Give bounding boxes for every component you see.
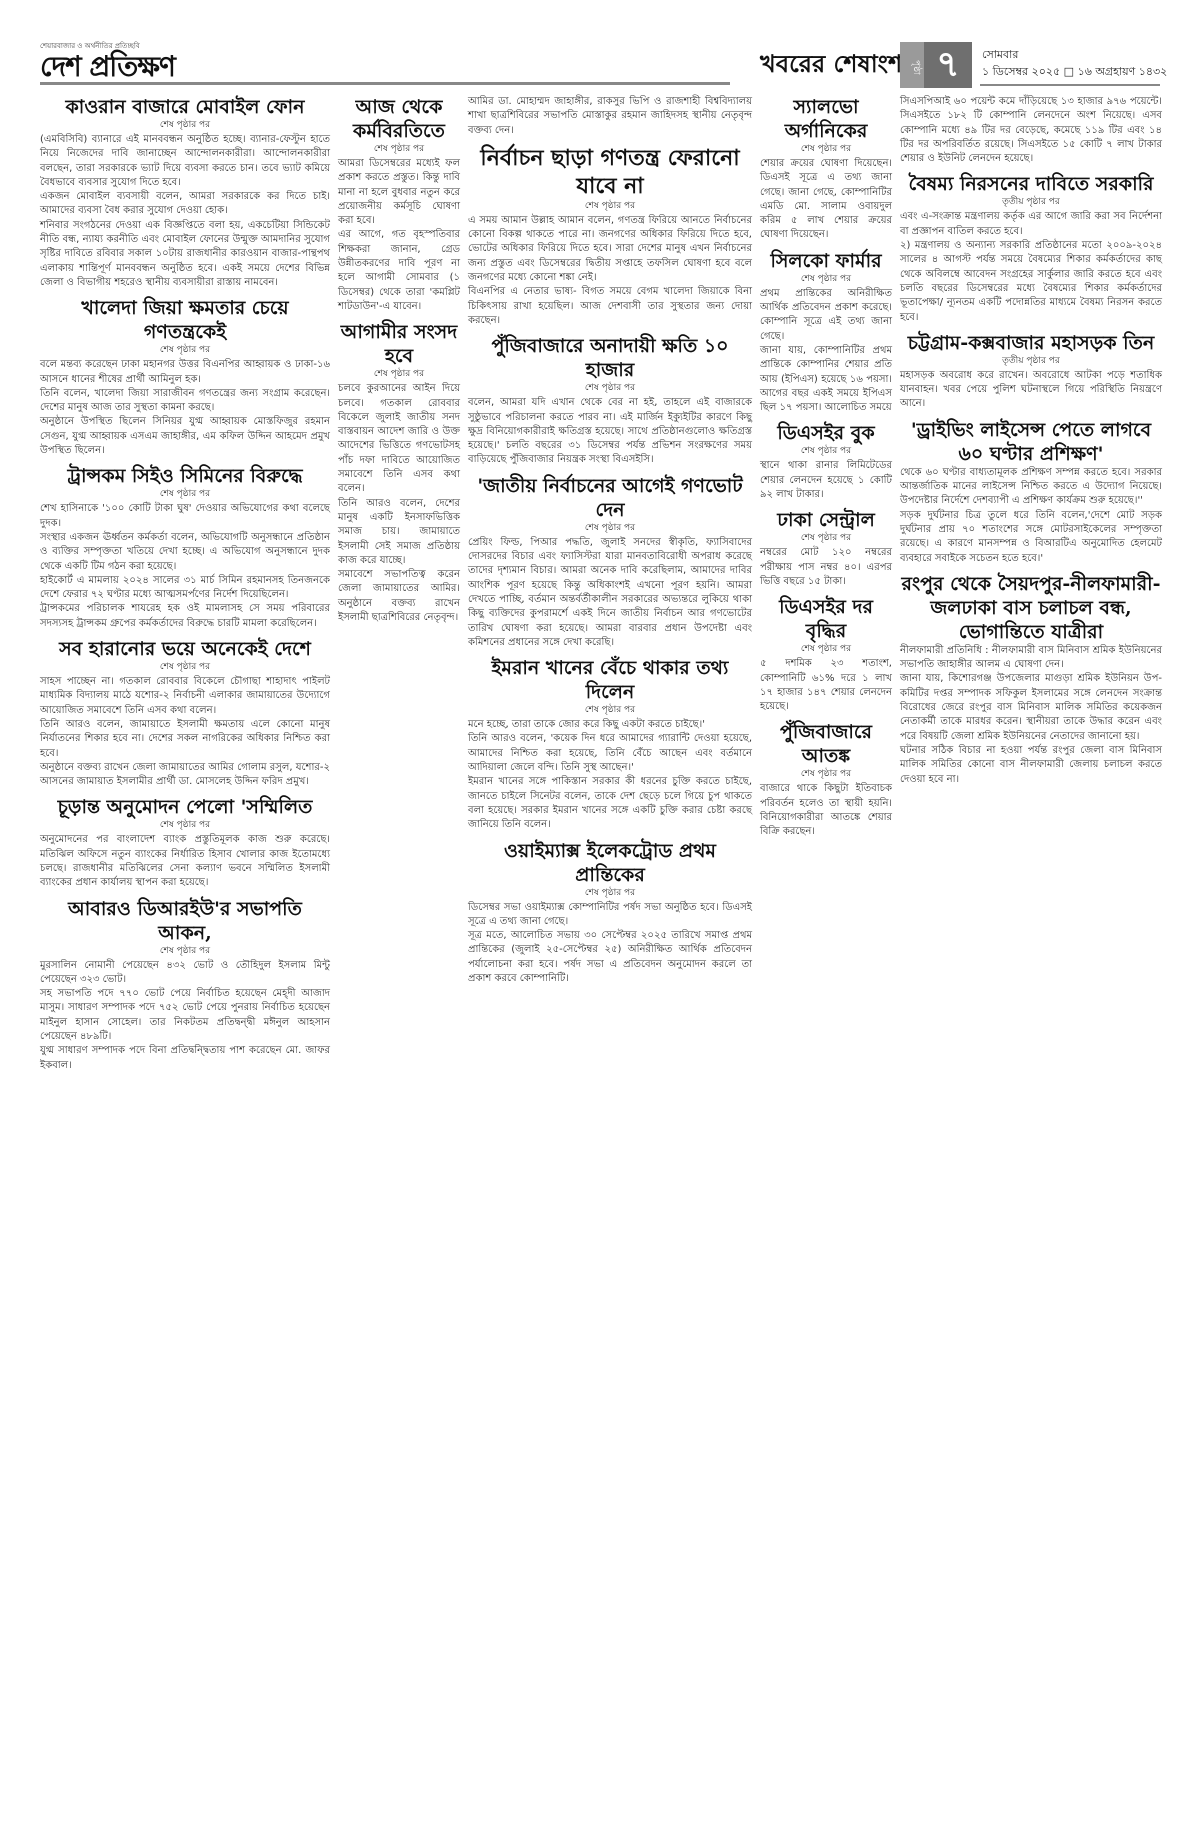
jump-line: শেষ পৃষ্ঠার পর: [760, 643, 892, 655]
jump-line: শেষ পৃষ্ঠার পর: [338, 143, 460, 155]
column-3: আমির ডা. মোহাম্মদ জাহাঙ্গীর, রাকসুর ভিপি…: [468, 95, 752, 992]
story-body: বলে মন্তব্য করেছেন ঢাকা মহানগর উত্তর বিএ…: [40, 358, 330, 458]
news-story[interactable]: ডিএসইর দর বৃদ্ধির শেষ পৃষ্ঠার পর ৫ দশমিক…: [760, 595, 892, 714]
column-4: স্যালভো অর্গানিকের শেষ পৃষ্ঠার পর শেয়ার…: [760, 95, 892, 846]
story-headline[interactable]: চূড়ান্ত অনুমোদন পেলো 'সম্মিলিত: [40, 795, 330, 819]
news-story[interactable]: খালেদা জিয়া ক্ষমতার চেয়ে গণতন্ত্রকেই শ…: [40, 296, 330, 458]
news-story[interactable]: ঢাকা সেন্ট্রাল শেষ পৃষ্ঠার পর নম্বরের মো…: [760, 508, 892, 589]
story-body: ডিসেম্বর সভা ওয়াইম্যাক্স কোম্পানিটির পর…: [468, 901, 752, 987]
jump-line: শেষ পৃষ্ঠার পর: [468, 704, 752, 716]
paragraph: বাজারে থাকে কিছুটা ইতিবাচক পরিবর্তন হলেও…: [760, 782, 892, 839]
story-body: ৫ দশমিক ২৩ শতাংশ, কোম্পানিটি ৬১% দরে ১ ল…: [760, 657, 892, 714]
day-of-week: সোমবার: [982, 46, 1167, 63]
story-headline[interactable]: ওয়াইম্যাক্স ইলেকট্রোড প্রথম প্রান্তিকের: [468, 839, 752, 887]
story-body: থেকে ৬০ ঘণ্টার বাধ্যতামূলক প্রশিক্ষণ সম্…: [900, 466, 1162, 566]
paragraph: অনুমোদনের পর বাংলাদেশ ব্যাংক প্রস্তুতিমূ…: [40, 833, 330, 890]
paragraph: মহাসড়ক অবরোধ করে রাখেন। অবরোধে আটকা পড়…: [900, 369, 1162, 412]
news-story[interactable]: পুঁজিবাজারে আতঙ্ক শেষ পৃষ্ঠার পর বাজারে …: [760, 720, 892, 839]
page-label: পৃষ্ঠা: [900, 42, 924, 88]
news-story[interactable]: রংপুর থেকে সৈয়দপুর-নীলফামারী-জলঢাকা বাস…: [900, 572, 1162, 787]
paragraph: এর আগে, গত বৃহস্পতিবার শিক্ষকরা জানান, গ…: [338, 228, 460, 314]
section-title: খবরের শেষাংশ: [760, 46, 902, 86]
story-headline[interactable]: আবারও ডিআরইউ'র সভাপতি আকন,: [40, 897, 330, 945]
story-body: আমরা ডিসেম্বরের মধ্যেই ফল প্রকাশ করতে প্…: [338, 157, 460, 314]
news-story[interactable]: ইমরান খানের বেঁচে থাকার তথ্য দিলেন শেষ প…: [468, 656, 752, 832]
paragraph: প্রেয়িং ফিল্ড, পিআর পদ্ধতি, জুলাই সনদের…: [468, 536, 752, 650]
paragraph: জানা যায়, কোম্পানিটির প্রথম প্রান্তিকে …: [760, 344, 892, 415]
story-headline[interactable]: ট্রান্সকম সিইও সিমিনের বিরুদ্ধে: [40, 464, 330, 488]
jump-line: শেষ পৃষ্ঠার পর: [760, 768, 892, 780]
paragraph: সূত্র মতে, আলোচিত সভায় ৩০ সেপ্টেম্বর ২০…: [468, 929, 752, 986]
newspaper-logo[interactable]: দেশ প্রতিক্ষণ: [40, 52, 175, 82]
story-body: নীলফামারী প্রতিনিধি : নীলফামারী বাস মিনি…: [900, 644, 1162, 787]
paragraph: স্থানে থাকা রানার লিমিটেডের শেয়ার লেনদে…: [760, 459, 892, 502]
story-headline[interactable]: 'জাতীয় নির্বাচনের আগেই গণভোট দেন: [468, 474, 752, 522]
story-body: প্রথম প্রান্তিকের অনিরীক্ষিত আর্থিক প্রত…: [760, 287, 892, 416]
paragraph: ২) মন্ত্রণালয় ও অন্যান্য সরকারি প্রতিষ্…: [900, 239, 1162, 325]
paragraph: ইমরান খানের সঙ্গে পাকিস্তান সরকার কী ধরন…: [468, 775, 752, 832]
column-1: কাওরান বাজারে মোবাইল ফোন শেষ পৃষ্ঠার পর …: [40, 95, 330, 1079]
paragraph: সংস্থার একজন ঊর্ধ্বতন কর্মকর্তা বলেন, অভ…: [40, 531, 330, 574]
news-story[interactable]: 'জাতীয় নির্বাচনের আগেই গণভোট দেন শেষ পৃ…: [468, 474, 752, 650]
paragraph: ঘটনার সঠিক বিচার না হওয়া পর্যন্ত রংপুর …: [900, 744, 1162, 787]
story-headline[interactable]: রংপুর থেকে সৈয়দপুর-নীলফামারী-জলঢাকা বাস…: [900, 572, 1162, 644]
story-body: নম্বরের মোট ১২০ নম্বরের পরীক্ষায় পাস নম…: [760, 546, 892, 589]
story-headline[interactable]: স্যালভো অর্গানিকের: [760, 95, 892, 143]
jump-line: শেষ পৃষ্ঠার পর: [760, 143, 892, 155]
paragraph: ট্রান্সকমের পরিচালক শাযরেহ হক ওই মামলাসহ…: [40, 602, 330, 631]
newspaper-brand: শেয়ারবাজার ও অর্থনীতির প্রতিচ্ছবি দেশ প…: [40, 40, 175, 82]
paragraph: হাইকোর্ট এ মামলায় ২০২৪ সালের ৩১ মার্চ স…: [40, 574, 330, 603]
paragraph: অনুষ্ঠানে বক্তব্য রাখেন জেলা জামায়াতের …: [40, 761, 330, 790]
paragraph: মুরসালিন নোমানী পেয়েছেন ৪৩২ ভোট ও তৌহিদ…: [40, 959, 330, 988]
story-body: প্রেয়িং ফিল্ড, পিআর পদ্ধতি, জুলাই সনদের…: [468, 536, 752, 650]
paragraph: যুগ্ম সাধারণ সম্পাদক পদে বিনা প্রতিদ্বন্…: [40, 1044, 330, 1073]
story-headline[interactable]: ঢাকা সেন্ট্রাল: [760, 508, 892, 532]
paragraph: তিনি আরও বলেন, দেশের মানুষ একটি ইনসাফভিত…: [338, 497, 460, 568]
jump-line: শেষ পৃষ্ঠার পর: [760, 445, 892, 457]
story-body: শেয়ার ক্রয়ের ঘোষণা দিয়েছেন। ডিএসই সূত…: [760, 157, 892, 243]
news-story[interactable]: বৈষম্য নিরসনের দাবিতে সরকারি তৃতীয় পৃষ্…: [900, 172, 1162, 324]
paragraph: এ সময় আমান উল্লাহ আমান বলেন, গণতন্ত্র ফ…: [468, 214, 752, 285]
dateline: সোমবার ১ ডিসেম্বর ২০২৫ □ ১৬ অগ্রহায়ণ ১৪…: [982, 46, 1167, 80]
page-number-box: পৃষ্ঠা ৭: [900, 42, 972, 88]
paragraph: বলে মন্তব্য করেছেন ঢাকা মহানগর উত্তর বিএ…: [40, 358, 330, 387]
news-story[interactable]: ট্রান্সকম সিইও সিমিনের বিরুদ্ধে শেষ পৃষ্…: [40, 464, 330, 631]
masthead: শেয়ারবাজার ও অর্থনীতির প্রতিচ্ছবি দেশ প…: [0, 0, 1200, 90]
jump-line: তৃতীয় পৃষ্ঠার পর: [900, 355, 1162, 367]
paragraph: নীলফামারী প্রতিনিধি : নীলফামারী বাস মিনি…: [900, 644, 1162, 673]
jump-line: শেষ পৃষ্ঠার পর: [760, 532, 892, 544]
jump-line: শেষ পৃষ্ঠার পর: [468, 200, 752, 212]
news-story[interactable]: নির্বাচন ছাড়া গণতন্ত্র ফেরানো যাবে না শ…: [468, 144, 752, 328]
paragraph: বিএনপির এ নেতার ভাষ্য- বিগত সময়ে বেগম খ…: [468, 285, 752, 328]
paragraph: থেকে ৬০ ঘণ্টার বাধ্যতামূলক প্রশিক্ষণ সম্…: [900, 466, 1162, 509]
paragraph: সড়ক দুর্ঘটনার চিত্র তুলে ধরে তিনি বলেন,…: [900, 509, 1162, 566]
jump-line: শেষ পৃষ্ঠার পর: [468, 887, 752, 899]
story-headline[interactable]: বৈষম্য নিরসনের দাবিতে সরকারি: [900, 172, 1162, 196]
paragraph: শেখ হাসিনাকে '১০০ কোটি টাকা ঘুষ' দেওয়ার…: [40, 502, 330, 531]
story-headline[interactable]: ডিএসইর বুক: [760, 421, 892, 445]
paragraph: সহ সভাপতি পদে ৭৭০ ভোট পেয়ে নির্বাচিত হয…: [40, 987, 330, 1044]
paragraph: সমাবেশে সভাপতিত্ব করেন জেলা জামায়াতের আ…: [338, 568, 460, 625]
continued-text: আমির ডা. মোহাম্মদ জাহাঙ্গীর, রাকসুর ভিপি…: [468, 95, 752, 138]
story-headline[interactable]: ডিএসইর দর বৃদ্ধির: [760, 595, 892, 643]
story-headline[interactable]: খালেদা জিয়া ক্ষমতার চেয়ে গণতন্ত্রকেই: [40, 296, 330, 344]
paragraph: মনে হচ্ছে, তারা তাকে জোর করে কিছু একটা ক…: [468, 718, 752, 732]
dateline-rule: [980, 84, 1160, 86]
issue-date: ১ ডিসেম্বর ২০২৫ □ ১৬ অগ্রহায়ণ ১৪৩২: [982, 63, 1167, 80]
news-story[interactable]: সিলকো ফার্মার শেষ পৃষ্ঠার পর প্রথম প্রান…: [760, 249, 892, 416]
story-body: বাজারে থাকে কিছুটা ইতিবাচক পরিবর্তন হলেও…: [760, 782, 892, 839]
story-headline[interactable]: সিলকো ফার্মার: [760, 249, 892, 273]
story-body: মুরসালিন নোমানী পেয়েছেন ৪৩২ ভোট ও তৌহিদ…: [40, 959, 330, 1073]
jump-line: শেষ পৃষ্ঠার পর: [40, 945, 330, 957]
paragraph: জানা যায়, কিশোরগঞ্জ উপজেলার মাগুড়া শ্র…: [900, 672, 1162, 743]
jump-line: শেষ পৃষ্ঠার পর: [760, 273, 892, 285]
news-story[interactable]: চূড়ান্ত অনুমোদন পেলো 'সম্মিলিত শেষ পৃষ্…: [40, 795, 330, 890]
story-headline[interactable]: আগামীর সংসদ হবে: [338, 320, 460, 368]
story-body: (এমবিসিবি) ব্যানারে এই মানববন্ধন অনুষ্ঠি…: [40, 133, 330, 290]
story-body: স্থানে থাকা রানার লিমিটেডের শেয়ার লেনদে…: [760, 459, 892, 502]
paragraph: শনিবার সংগঠনের দেওয়া এক বিজ্ঞপ্তিতে বলা…: [40, 219, 330, 290]
paragraph: ডিসেম্বর সভা ওয়াইম্যাক্স কোম্পানিটির পর…: [468, 901, 752, 930]
paragraph: তিনি বলেন, খালেদা জিয়া সারাজীবন গণতন্ত্…: [40, 387, 330, 416]
story-headline[interactable]: পুঁজিবাজারে অনাদায়ী ক্ষতি ১০ হাজার: [468, 334, 752, 382]
jump-line: শেষ পৃষ্ঠার পর: [468, 382, 752, 394]
page-number: ৭: [924, 42, 972, 88]
column-5: সিএসপিআই ৬০ পয়েন্ট কমে দাঁড়িয়েছে ১৩ হ…: [900, 95, 1162, 793]
news-story[interactable]: ডিএসইর বুক শেষ পৃষ্ঠার পর স্থানে থাকা রা…: [760, 421, 892, 502]
jump-line: তৃতীয় পৃষ্ঠার পর: [900, 196, 1162, 208]
story-headline[interactable]: সব হারানোর ভয়ে অনেকেই দেশে: [40, 637, 330, 661]
story-body: মহাসড়ক অবরোধ করে রাখেন। অবরোধে আটকা পড়…: [900, 369, 1162, 412]
story-body: চলবে কুরআনের আইন দিয়ে চলবে। গতকাল রোববা…: [338, 382, 460, 625]
column-2: আজ থেকে কর্মবিরতিতে শেষ পৃষ্ঠার পর আমরা …: [338, 95, 460, 631]
paragraph: প্রথম প্রান্তিকের অনিরীক্ষিত আর্থিক প্রত…: [760, 287, 892, 344]
news-story[interactable]: স্যালভো অর্গানিকের শেষ পৃষ্ঠার পর শেয়ার…: [760, 95, 892, 243]
jump-line: শেষ পৃষ্ঠার পর: [40, 661, 330, 673]
story-body: শেখ হাসিনাকে '১০০ কোটি টাকা ঘুষ' দেওয়ার…: [40, 502, 330, 631]
paragraph: অনুষ্ঠানে উপস্থিত ছিলেন সিনিয়র যুগ্ম আহ…: [40, 415, 330, 458]
masthead-rule: [40, 82, 730, 85]
story-body: অনুমোদনের পর বাংলাদেশ ব্যাংক প্রস্তুতিমূ…: [40, 833, 330, 890]
story-body: সাহস পাচ্ছেন না। গতকাল রোববার বিকেলে চৌগ…: [40, 675, 330, 789]
story-body: এ সময় আমান উল্লাহ আমান বলেন, গণতন্ত্র ফ…: [468, 214, 752, 328]
news-story[interactable]: চট্টগ্রাম-কক্সবাজার মহাসড়ক তিন তৃতীয় প…: [900, 331, 1162, 412]
story-headline[interactable]: চট্টগ্রাম-কক্সবাজার মহাসড়ক তিন: [900, 331, 1162, 355]
story-headline[interactable]: পুঁজিবাজারে আতঙ্ক: [760, 720, 892, 768]
news-story[interactable]: পুঁজিবাজারে অনাদায়ী ক্ষতি ১০ হাজার শেষ …: [468, 334, 752, 467]
news-story[interactable]: আগামীর সংসদ হবে শেষ পৃষ্ঠার পর চলবে কুরআ…: [338, 320, 460, 625]
paragraph: এবং এ-সংক্রান্ত মন্ত্রণালয় কর্তৃক এর আগ…: [900, 210, 1162, 239]
story-headline[interactable]: আজ থেকে কর্মবিরতিতে: [338, 95, 460, 143]
paragraph: বলেন, আমরা যদি এখান থেকে বের না হই, তাহল…: [468, 396, 752, 467]
jump-line: শেষ পৃষ্ঠার পর: [468, 522, 752, 534]
paragraph: তিনি আরও বলেন, জামায়াতে ইসলামী ক্ষমতায়…: [40, 718, 330, 761]
jump-line: শেষ পৃষ্ঠার পর: [338, 368, 460, 380]
paragraph: একজন মোবাইল ব্যবসায়ী বলেন, আমরা সরকারকে…: [40, 190, 330, 219]
paragraph: তিনি আরও বলেন, 'কয়েক দিন ধরে আমাদের গ্য…: [468, 732, 752, 775]
story-body: মনে হচ্ছে, তারা তাকে জোর করে কিছু একটা ক…: [468, 718, 752, 832]
news-story[interactable]: আজ থেকে কর্মবিরতিতে শেষ পৃষ্ঠার পর আমরা …: [338, 95, 460, 314]
continued-text: সিএসপিআই ৬০ পয়েন্ট কমে দাঁড়িয়েছে ১৩ হ…: [900, 95, 1162, 166]
paragraph: সাহস পাচ্ছেন না। গতকাল রোববার বিকেলে চৌগ…: [40, 675, 330, 718]
news-story[interactable]: সব হারানোর ভয়ে অনেকেই দেশে শেষ পৃষ্ঠার …: [40, 637, 330, 789]
news-story[interactable]: 'ড্রাইভিং লাইসেন্স পেতে লাগবে ৬০ ঘণ্টার …: [900, 418, 1162, 566]
paragraph: চলবে কুরআনের আইন দিয়ে চলবে। গতকাল রোববা…: [338, 382, 460, 496]
paragraph: নম্বরের মোট ১২০ নম্বরের পরীক্ষায় পাস নম…: [760, 546, 892, 589]
paragraph: আমরা ডিসেম্বরের মধ্যেই ফল প্রকাশ করতে প্…: [338, 157, 460, 228]
paragraph: (এমবিসিবি) ব্যানারে এই মানববন্ধন অনুষ্ঠি…: [40, 133, 330, 190]
jump-line: শেষ পৃষ্ঠার পর: [40, 119, 330, 131]
jump-line: শেষ পৃষ্ঠার পর: [40, 488, 330, 500]
news-story[interactable]: ওয়াইম্যাক্স ইলেকট্রোড প্রথম প্রান্তিকের…: [468, 839, 752, 987]
jump-line: শেষ পৃষ্ঠার পর: [40, 819, 330, 831]
story-headline[interactable]: নির্বাচন ছাড়া গণতন্ত্র ফেরানো যাবে না: [468, 144, 752, 200]
story-body: এবং এ-সংক্রান্ত মন্ত্রণালয় কর্তৃক এর আগ…: [900, 210, 1162, 324]
jump-line: শেষ পৃষ্ঠার পর: [40, 344, 330, 356]
news-story[interactable]: কাওরান বাজারে মোবাইল ফোন শেষ পৃষ্ঠার পর …: [40, 95, 330, 290]
story-headline[interactable]: 'ড্রাইভিং লাইসেন্স পেতে লাগবে ৬০ ঘণ্টার …: [900, 418, 1162, 466]
paragraph: শেয়ার ক্রয়ের ঘোষণা দিয়েছেন। ডিএসই সূত…: [760, 157, 892, 243]
story-headline[interactable]: কাওরান বাজারে মোবাইল ফোন: [40, 95, 330, 119]
news-story[interactable]: আবারও ডিআরইউ'র সভাপতি আকন, শেষ পৃষ্ঠার প…: [40, 897, 330, 1073]
paragraph: ৫ দশমিক ২৩ শতাংশ, কোম্পানিটি ৬১% দরে ১ ল…: [760, 657, 892, 714]
story-body: বলেন, আমরা যদি এখান থেকে বের না হই, তাহল…: [468, 396, 752, 467]
story-headline[interactable]: ইমরান খানের বেঁচে থাকার তথ্য দিলেন: [468, 656, 752, 704]
